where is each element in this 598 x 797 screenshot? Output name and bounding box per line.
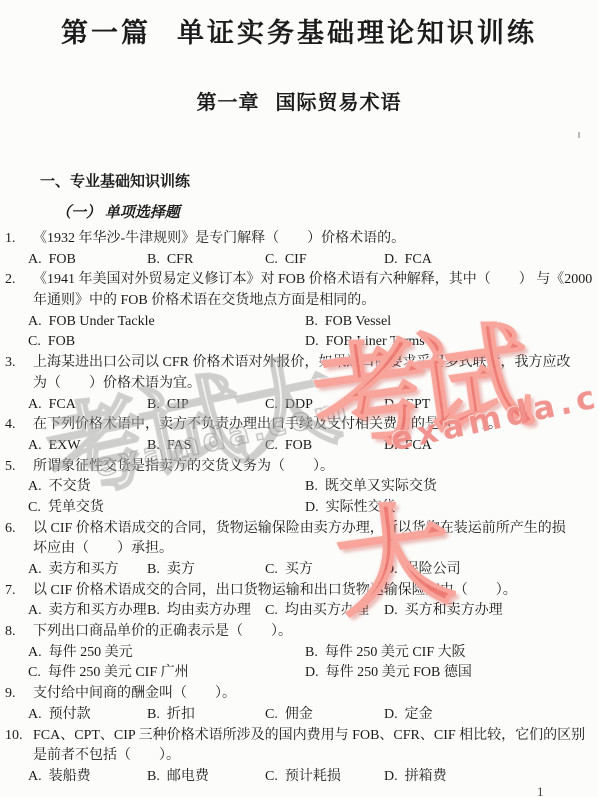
- option-row: A.卖方和买方办理B.均由卖方办理C.均由买方办理D.买方和卖方办理: [0, 601, 598, 622]
- option-label: A.: [28, 250, 42, 271]
- question: 7.以 CIF 价格术语成交的合同，出口货物运输和出口货物运输保险应由（ ）。A…: [0, 581, 598, 622]
- option: D.保险公司: [384, 560, 461, 581]
- option-label: D.: [384, 705, 398, 726]
- option-label: D.: [384, 601, 398, 622]
- option-label: B.: [147, 250, 160, 271]
- option-text: 凭单交货: [48, 500, 104, 515]
- option-text: CPT: [405, 397, 431, 412]
- option: C.CIF: [265, 250, 307, 271]
- question-number: 3.: [5, 353, 33, 374]
- option-text: 佣金: [285, 707, 313, 722]
- option-text: 卖方和买方: [49, 562, 119, 577]
- option: D.CPT: [384, 395, 430, 416]
- option-text: 邮电费: [167, 769, 209, 784]
- chapter-title-text: 国际贸易术语: [276, 92, 402, 114]
- chapter-title: 第一章国际贸易术语: [0, 90, 598, 116]
- option-row: C.FOBD.FOB Liner Terms: [0, 332, 598, 353]
- option-label: D.: [305, 663, 319, 684]
- option-label: C.: [28, 498, 41, 519]
- option-text: 折扣: [167, 707, 195, 722]
- question-text: 《1941 年美国对外贸易定义修订本》对 FOB 价格术语有六种解释，其中（ ）…: [33, 272, 592, 287]
- option-text: 预计耗损: [285, 769, 341, 784]
- option-text: FOB: [285, 438, 312, 453]
- option: A.卖方和买方: [28, 560, 119, 581]
- question-line: 年通则》中的 FOB 价格术语在交货地点方面是相同的。: [0, 291, 598, 312]
- section-title: 一、专业基础知识训练: [40, 172, 598, 191]
- option-label: B.: [147, 560, 160, 581]
- option-row: A.EXWB.FASC.FOBD.FCA: [0, 436, 598, 457]
- question-line: 3.上海某进出口公司以 CFR 价格术语对外报价，如果进口商要求采用多式联运，我…: [0, 353, 598, 374]
- option-text: 预付款: [49, 707, 91, 722]
- option-text: FAS: [167, 438, 192, 453]
- option-label: D.: [384, 250, 398, 271]
- option-text: FCA: [49, 397, 76, 412]
- question-text: 下列出口商品单价的正确表示是（ ）。: [33, 624, 292, 639]
- option-text: FOB Vessel: [325, 314, 391, 329]
- subsection-title: （一） 单项选择题: [56, 204, 598, 223]
- question-text: FCA、CPT、CIP 三种价格术语所涉及的国内费用与 FOB、CFR、CIF …: [33, 728, 585, 743]
- option: C.FOB: [265, 436, 312, 457]
- option-label: A.: [28, 312, 42, 333]
- option-row: A.每件 250 美元B.每件 250 美元 CIF 大阪: [0, 643, 598, 664]
- option-text: 每件 250 美元 CIF 大阪: [325, 645, 466, 660]
- question-line: 1.《1932 年华沙-牛津规则》是专门解释（ ）价格术语的。: [0, 229, 598, 250]
- option: B.卖方: [147, 560, 195, 581]
- option-label: C.: [28, 663, 41, 684]
- option-label: B.: [305, 312, 318, 333]
- option-label: B.: [147, 601, 160, 622]
- option: C.FOB: [28, 332, 75, 353]
- question-line: 是前者不包括（ ）。: [0, 746, 598, 767]
- option-text: 实际性交货: [326, 500, 396, 515]
- option: D.实际性交货: [305, 498, 396, 519]
- option: C.每件 250 美元 CIF 广州: [28, 663, 189, 684]
- question-text: 所谓象征性交货是指卖方的交货义务为（ ）。: [33, 459, 334, 474]
- part-title: 第一篇单证实务基础理论知识训练: [0, 0, 598, 50]
- question-line: 2.《1941 年美国对外贸易定义修订本》对 FOB 价格术语有六种解释，其中（…: [0, 270, 598, 291]
- option-label: B.: [305, 643, 318, 664]
- question-line: 9.支付给中间商的酬金叫（ ）。: [0, 684, 598, 705]
- question-number: 6.: [5, 519, 33, 540]
- question: 3.上海某进出口公司以 CFR 价格术语对外报价，如果进口商要求采用多式联运，我…: [0, 353, 598, 415]
- option: B.均由卖方办理: [147, 601, 251, 622]
- option-label: C.: [265, 767, 278, 788]
- option-label: B.: [147, 395, 160, 416]
- option: A.EXW: [28, 436, 81, 457]
- option: C.预计耗损: [265, 767, 341, 788]
- option: B.既交单又实际交货: [305, 477, 437, 498]
- option-label: D.: [384, 560, 398, 581]
- option-text: 买方: [285, 562, 313, 577]
- chapter-label: 第一章: [197, 92, 260, 114]
- option-text: DDP: [285, 397, 313, 412]
- option: A.装船费: [28, 767, 91, 788]
- option-text: 均由买方办理: [285, 603, 369, 618]
- option: C.DDP: [265, 395, 313, 416]
- option-label: C.: [28, 332, 41, 353]
- question-number: 4.: [5, 415, 33, 436]
- question-line: 5.所谓象征性交货是指卖方的交货义务为（ ）。: [0, 457, 598, 478]
- option-text: FOB Liner Terms: [326, 334, 425, 349]
- option-label: B.: [147, 767, 160, 788]
- option-label: C.: [265, 395, 278, 416]
- option-label: C.: [265, 436, 278, 457]
- option-label: C.: [265, 250, 278, 271]
- question-line: 8.下列出口商品单价的正确表示是（ ）。: [0, 622, 598, 643]
- option-text: 保险公司: [405, 562, 461, 577]
- option: D.FCA: [384, 436, 432, 457]
- option-row: A.FOBB.CFRC.CIFD.FCA: [0, 250, 598, 271]
- option: B.每件 250 美元 CIF 大阪: [305, 643, 466, 664]
- option: B.FAS: [147, 436, 192, 457]
- option: A.预付款: [28, 705, 91, 726]
- question-number: 5.: [5, 457, 33, 478]
- option-label: D.: [384, 767, 398, 788]
- option: D.拼箱费: [384, 767, 447, 788]
- option-row: A.预付款B.折扣C.佣金D.定金: [0, 705, 598, 726]
- option: C.买方: [265, 560, 313, 581]
- option-label: B.: [147, 436, 160, 457]
- option-label: A.: [28, 395, 42, 416]
- page-number: 1: [537, 784, 544, 797]
- question-text: 以 CIF 价格术语成交的合同，货物运输保险由卖方办理，所以货物在装运前所产生的…: [33, 521, 566, 536]
- option-text: 拼箱费: [405, 769, 447, 784]
- option-text: CFR: [167, 252, 193, 267]
- question: 6.以 CIF 价格术语成交的合同，货物运输保险由卖方办理，所以货物在装运前所产…: [0, 519, 598, 581]
- question-text: 支付给中间商的酬金叫（ ）。: [33, 686, 236, 701]
- question-number: 10.: [5, 726, 33, 747]
- option-label: C.: [265, 560, 278, 581]
- question-list: 1.《1932 年华沙-牛津规则》是专门解释（ ）价格术语的。A.FOBB.CF…: [0, 229, 598, 788]
- option-text: EXW: [49, 438, 81, 453]
- question-number: 8.: [5, 622, 33, 643]
- option: A.卖方和买方办理: [28, 601, 147, 622]
- option: A.FOB Under Tackle: [28, 312, 155, 333]
- option-label: D.: [384, 395, 398, 416]
- option-text: 不交货: [49, 479, 91, 494]
- question-text: 在下列价格术语中，卖方不负责办理出口手续及支付相关费用的是（ ）。: [33, 417, 502, 432]
- option-text: 均由卖方办理: [167, 603, 251, 618]
- option-text: 卖方和买方办理: [49, 603, 147, 618]
- option: D.FCA: [384, 250, 432, 271]
- option-text: FOB: [48, 334, 75, 349]
- question-line: 为（ ）价格术语为宜。: [0, 374, 598, 395]
- option-text: FOB Under Tackle: [49, 314, 155, 329]
- option-label: A.: [28, 477, 42, 498]
- option-label: A.: [28, 601, 42, 622]
- question: 4.在下列价格术语中，卖方不负责办理出口手续及支付相关费用的是（ ）。A.EXW…: [0, 415, 598, 456]
- question-text: 以 CIF 价格术语成交的合同，出口货物运输和出口货物运输保险应由（ ）。: [33, 583, 517, 598]
- option-text: 每件 250 美元 FOB 德国: [326, 665, 472, 680]
- question-line: 10.FCA、CPT、CIP 三种价格术语所涉及的国内费用与 FOB、CFR、C…: [0, 726, 598, 747]
- question-line: 4.在下列价格术语中，卖方不负责办理出口手续及支付相关费用的是（ ）。: [0, 415, 598, 436]
- option-text: 每件 250 美元: [49, 645, 133, 660]
- option-row: A.装船费B.邮电费C.预计耗损D.拼箱费: [0, 767, 598, 788]
- option: A.每件 250 美元: [28, 643, 133, 664]
- option: B.FOB Vessel: [305, 312, 391, 333]
- question: 2.《1941 年美国对外贸易定义修订本》对 FOB 价格术语有六种解释，其中（…: [0, 270, 598, 353]
- option: C.均由买方办理: [265, 601, 369, 622]
- option-row: A.FCAB.CIPC.DDPD.CPT: [0, 395, 598, 416]
- question: 8.下列出口商品单价的正确表示是（ ）。A.每件 250 美元B.每件 250 …: [0, 622, 598, 684]
- option-row: C.凭单交货D.实际性交货: [0, 498, 598, 519]
- question-number: 1.: [5, 229, 33, 250]
- option: C.佣金: [265, 705, 313, 726]
- option-label: C.: [265, 601, 278, 622]
- option-label: A.: [28, 767, 42, 788]
- option-text: FOB: [49, 252, 76, 267]
- option: B.折扣: [147, 705, 195, 726]
- option: C.凭单交货: [28, 498, 104, 519]
- option-label: A.: [28, 705, 42, 726]
- option: D.定金: [384, 705, 433, 726]
- option-row: A.FOB Under TackleB.FOB Vessel: [0, 312, 598, 333]
- option-text: 卖方: [167, 562, 195, 577]
- option-text: FCA: [405, 252, 432, 267]
- question-number: 7.: [5, 581, 33, 602]
- option-text: 买方和卖方办理: [405, 603, 503, 618]
- question: 9.支付给中间商的酬金叫（ ）。A.预付款B.折扣C.佣金D.定金: [0, 684, 598, 725]
- option-label: D.: [384, 436, 398, 457]
- option-text: 既交单又实际交货: [325, 479, 437, 494]
- option-label: A.: [28, 436, 42, 457]
- option-text: 定金: [405, 707, 433, 722]
- option-label: C.: [265, 705, 278, 726]
- option-text: FCA: [405, 438, 432, 453]
- question-text: 上海某进出口公司以 CFR 价格术语对外报价，如果进口商要求采用多式联运，我方应…: [33, 355, 570, 370]
- scan-artifact: [578, 132, 580, 138]
- option: A.不交货: [28, 477, 91, 498]
- option-row: C.每件 250 美元 CIF 广州D.每件 250 美元 FOB 德国: [0, 663, 598, 684]
- option-row: A.不交货B.既交单又实际交货: [0, 477, 598, 498]
- option-label: B.: [147, 705, 160, 726]
- option: B.CIP: [147, 395, 189, 416]
- part-title-text: 单证实务基础理论知识训练: [177, 18, 537, 48]
- scanned-exam-page: 第一篇单证实务基础理论知识训练 第一章国际贸易术语 一、专业基础知识训练 （一）…: [0, 0, 598, 797]
- question-line: 7.以 CIF 价格术语成交的合同，出口货物运输和出口货物运输保险应由（ ）。: [0, 581, 598, 602]
- option: B.邮电费: [147, 767, 209, 788]
- question-text: 《1932 年华沙-牛津规则》是专门解释（ ）价格术语的。: [33, 231, 405, 246]
- option-label: B.: [305, 477, 318, 498]
- option: D.买方和卖方办理: [384, 601, 503, 622]
- option-text: CIF: [285, 252, 307, 267]
- option: A.FOB: [28, 250, 76, 271]
- option-row: A.卖方和买方B.卖方C.买方D.保险公司: [0, 560, 598, 581]
- question-number: 9.: [5, 684, 33, 705]
- question-line: 坏应由（ ）承担。: [0, 539, 598, 560]
- option-label: A.: [28, 560, 42, 581]
- question: 10.FCA、CPT、CIP 三种价格术语所涉及的国内费用与 FOB、CFR、C…: [0, 726, 598, 788]
- question-line: 6.以 CIF 价格术语成交的合同，货物运输保险由卖方办理，所以货物在装运前所产…: [0, 519, 598, 540]
- option-label: D.: [305, 332, 319, 353]
- option-text: 装船费: [49, 769, 91, 784]
- option-text: 每件 250 美元 CIF 广州: [48, 665, 189, 680]
- part-label: 第一篇: [61, 18, 151, 48]
- option: D.每件 250 美元 FOB 德国: [305, 663, 472, 684]
- option-text: CIP: [167, 397, 189, 412]
- question-number: 2.: [5, 270, 33, 291]
- option: A.FCA: [28, 395, 76, 416]
- option: B.CFR: [147, 250, 193, 271]
- option: D.FOB Liner Terms: [305, 332, 425, 353]
- option-label: D.: [305, 498, 319, 519]
- option-label: A.: [28, 643, 42, 664]
- question: 5.所谓象征性交货是指卖方的交货义务为（ ）。A.不交货B.既交单又实际交货C.…: [0, 457, 598, 519]
- question: 1.《1932 年华沙-牛津规则》是专门解释（ ）价格术语的。A.FOBB.CF…: [0, 229, 598, 270]
